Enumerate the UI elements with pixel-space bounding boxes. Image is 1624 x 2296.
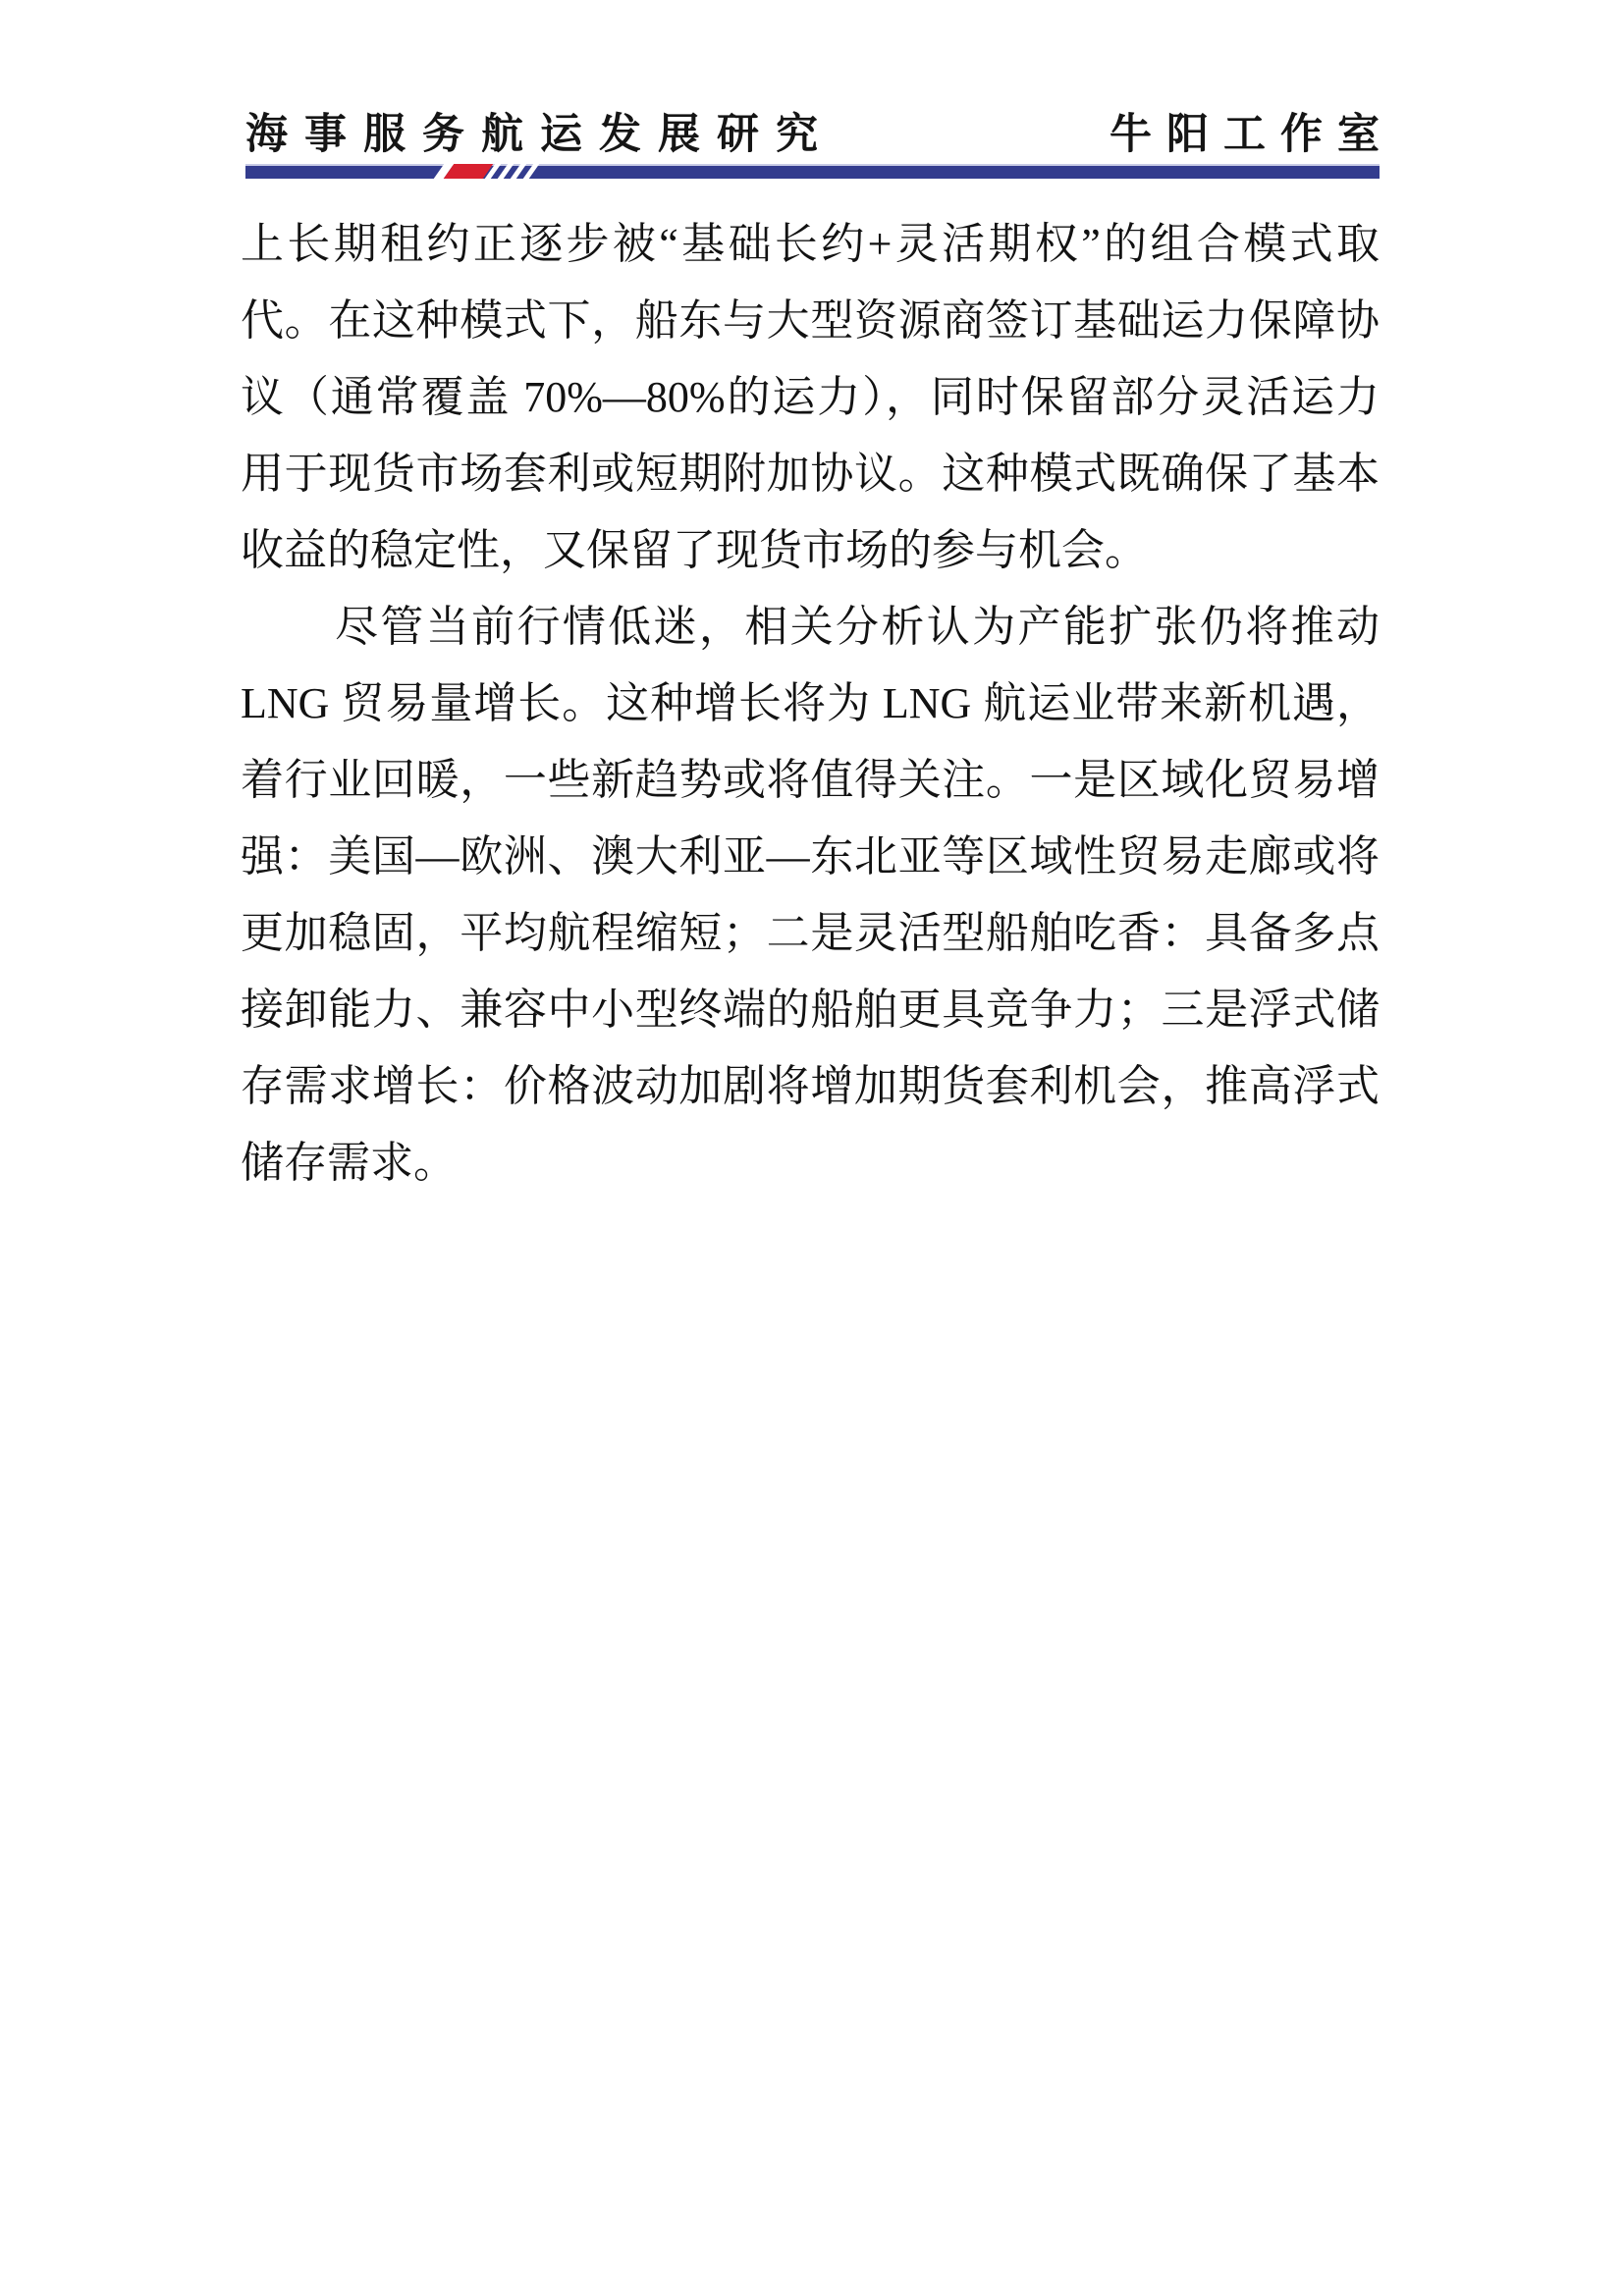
body-line: LNG 贸易量增长。这种增长将为 LNG 航运业带来新机遇，随 <box>241 666 1380 742</box>
body-line: 强：美国—欧洲、澳大利亚—东北亚等区域性贸易走廊或将 <box>241 819 1380 895</box>
body-line: 存需求增长：价格波动加剧将增加期货套利机会，推高浮式 <box>241 1048 1380 1125</box>
header-right-title: 牛阳工作室 <box>1110 101 1394 161</box>
body-line-paragraph-start: 尽管当前行情低迷，相关分析认为产能扩张仍将推动 <box>241 589 1380 666</box>
header-left-title: 海事服务航运发展研究 <box>245 101 835 161</box>
body-line: 议（通常覆盖 70%—80%的运力），同时保留部分灵活运力 <box>241 359 1380 436</box>
document-body: 上长期租约正逐步被“基础长约+灵活期权”的组合模式取 代。在这种模式下，船东与大… <box>241 206 1380 1201</box>
body-line: 着行业回暖，一些新趋势或将值得关注。一是区域化贸易增 <box>241 742 1380 819</box>
body-line: 更加稳固，平均航程缩短；二是灵活型船舶吃香：具备多点 <box>241 895 1380 972</box>
body-line-paragraph-end: 收益的稳定性，又保留了现货市场的参与机会。 <box>241 512 1380 589</box>
body-line: 上长期租约正逐步被“基础长约+灵活期权”的组合模式取 <box>241 206 1380 283</box>
document-page: 海事服务航运发展研究 牛阳工作室 上长期租约正逐步被“基础长约+灵活期权”的组合… <box>0 0 1624 2296</box>
body-line-paragraph-end: 储存需求。 <box>241 1125 1380 1201</box>
header-rule-bar <box>245 164 1380 179</box>
body-line: 接卸能力、兼容中小型终端的船舶更具竞争力；三是浮式储 <box>241 972 1380 1048</box>
body-line: 用于现货市场套利或短期附加协议。这种模式既确保了基本 <box>241 436 1380 512</box>
body-line: 代。在这种模式下，船东与大型资源商签订基础运力保障协 <box>241 283 1380 359</box>
